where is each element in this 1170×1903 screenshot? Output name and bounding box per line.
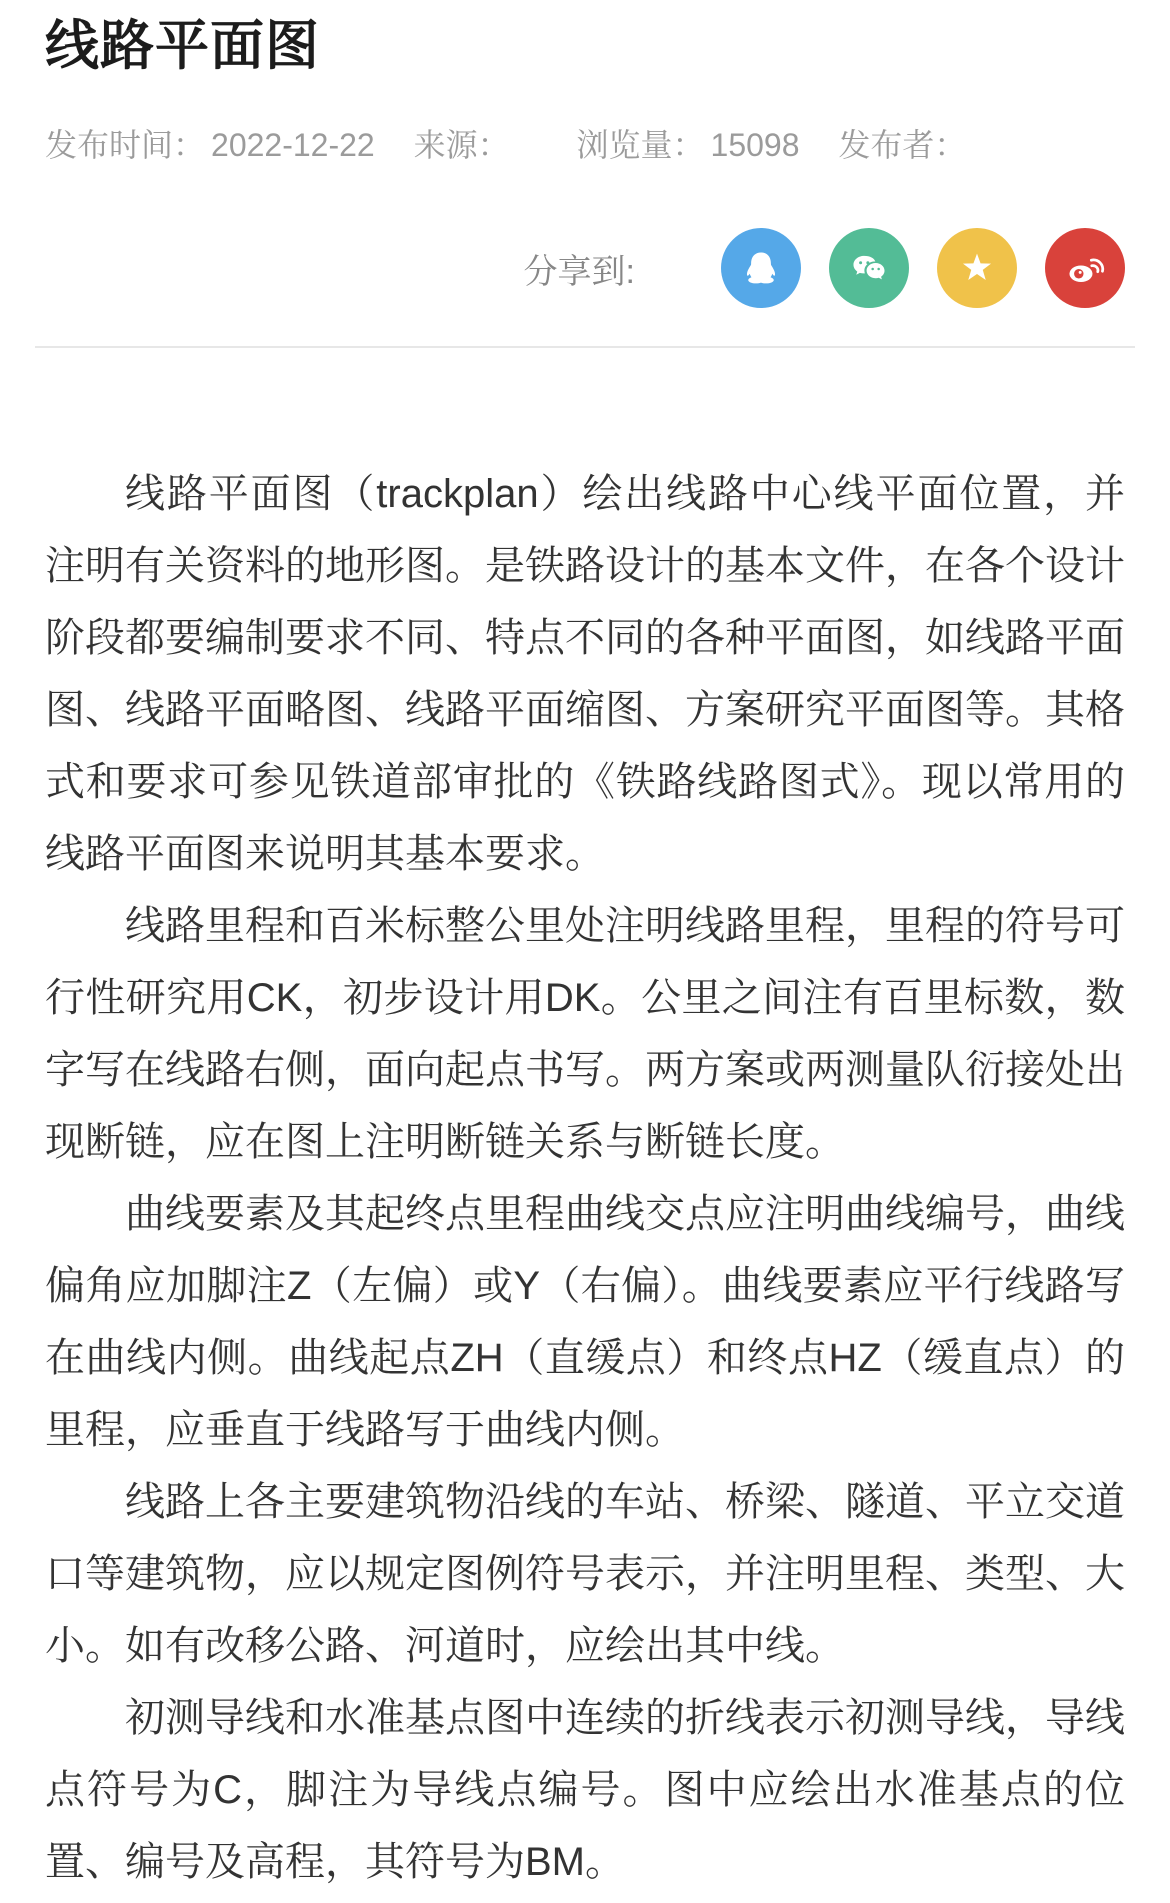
paragraph: 线路里程和百米标整公里处注明线路里程，里程的符号可行性研究用CK，初步设计用DK… [45, 890, 1125, 1178]
divider [35, 346, 1135, 348]
meta-row: 发布时间：2022-12-22 来源： 浏览量：15098 发布者： [45, 125, 1125, 167]
paragraph: 曲线要素及其起终点里程曲线交点应注明曲线编号，曲线偏角应加脚注Z（左偏）或Y（右… [45, 1178, 1125, 1466]
views-label: 浏览量： [577, 127, 705, 163]
paragraph: 初测导线和水准基点图中连续的折线表示初测导线，导线点符号为C，脚注为导线点编号。… [45, 1682, 1125, 1898]
article-body: 线路平面图（trackplan）绘出线路中心线平面位置，并注明有关资料的地形图。… [45, 458, 1125, 1898]
publish-time-group: 发布时间：2022-12-22 [45, 127, 375, 163]
article-page: 线路平面图 发布时间：2022-12-22 来源： 浏览量：15098 发布者：… [0, 0, 1170, 1903]
publisher-group: 发布者： [838, 127, 972, 163]
paragraph: 线路上各主要建筑物沿线的车站、桥梁、隧道、平立交道口等建筑物，应以规定图例符号表… [45, 1466, 1125, 1682]
qzone-share-icon[interactable] [937, 228, 1017, 308]
share-row: 分享到: [45, 228, 1125, 308]
source-label: 来源： [414, 127, 510, 163]
share-label: 分享到: [524, 244, 635, 293]
page-title: 线路平面图 [45, 14, 1125, 79]
publish-time-label: 发布时间： [45, 127, 205, 163]
views-value: 15098 [711, 127, 800, 163]
paragraph: 线路平面图（trackplan）绘出线路中心线平面位置，并注明有关资料的地形图。… [45, 458, 1125, 890]
wechat-share-icon[interactable] [829, 228, 909, 308]
share-icons [693, 228, 1125, 308]
publish-time-value: 2022-12-22 [211, 127, 375, 163]
views-group: 浏览量：15098 [577, 127, 800, 163]
weibo-share-icon[interactable] [1045, 228, 1125, 308]
qq-share-icon[interactable] [721, 228, 801, 308]
source-group: 来源： [414, 127, 516, 163]
publisher-label: 发布者： [838, 127, 966, 163]
